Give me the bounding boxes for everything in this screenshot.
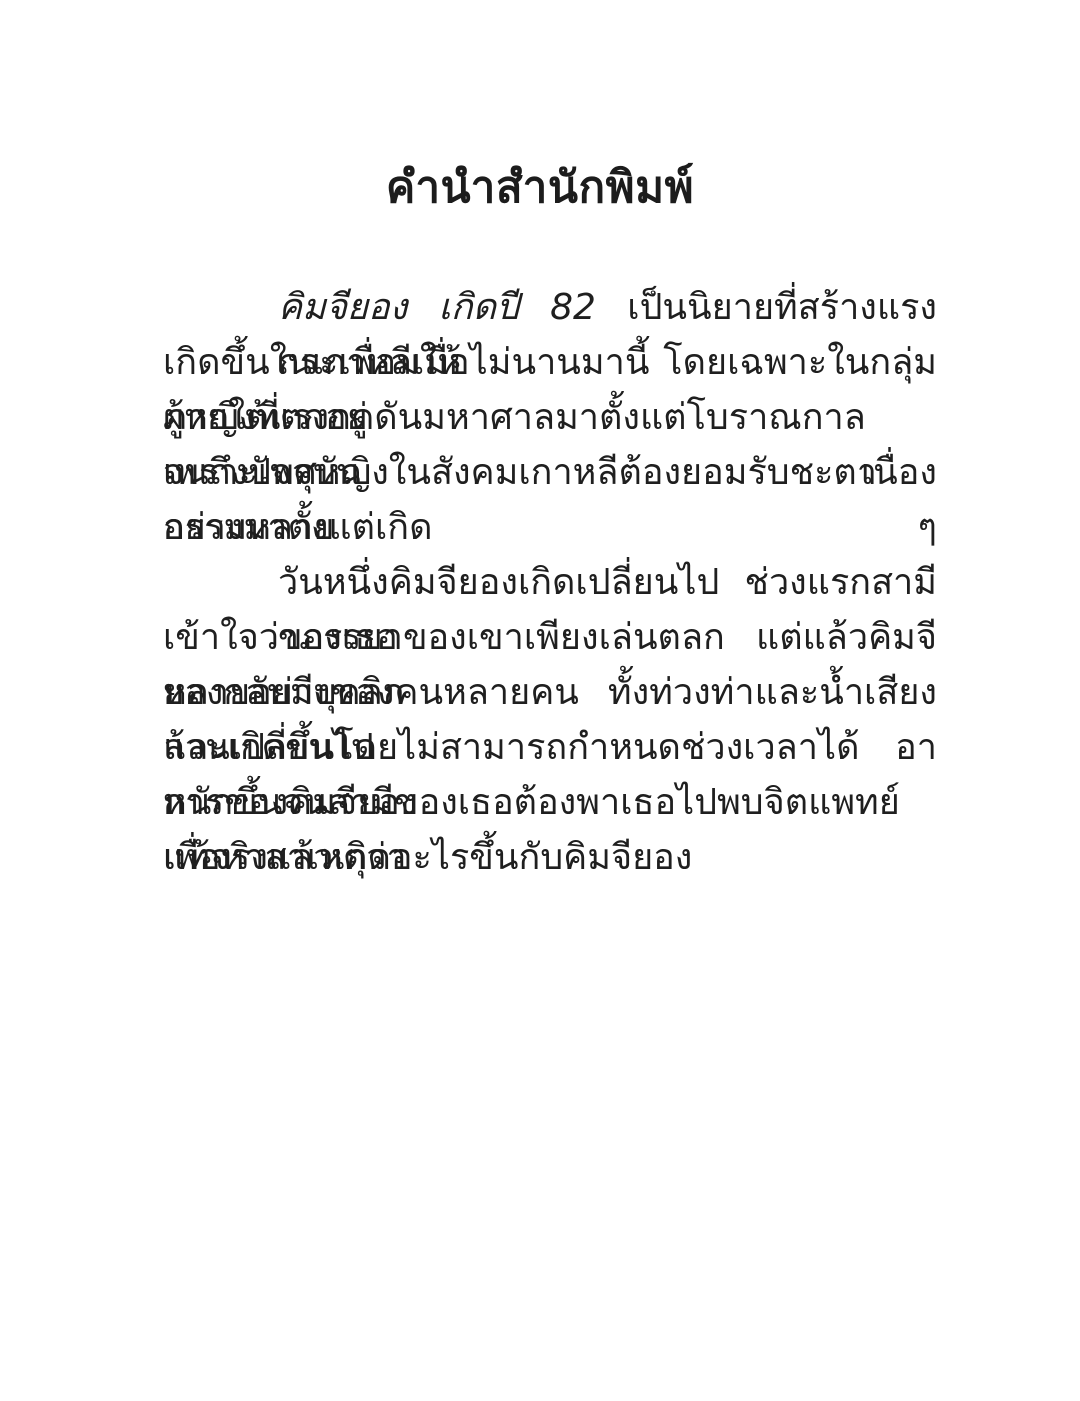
text-line-2: เกิดขึ้นในเกาหลีเมื่อไม่นานมานี้ โดยเฉพา… <box>163 335 937 390</box>
text-line-1: คิมจียอง เกิดปี 82 เป็นนิยายที่สร้างแรงก… <box>163 280 937 335</box>
text-line-3: ภายใต้แรงกดดันมหาศาลมาตั้งแต่โบราณกาลจนถ… <box>163 390 937 445</box>
text-line-7: เข้าใจว่าภรรยาของเขาเพียงเล่นตลก แต่แล้ว… <box>163 610 937 665</box>
novel-title-italic: คิมจียอง เกิดปี 82 <box>278 287 596 328</box>
text-line-4: เพราะเพศหญิงในสังคมเกาหลีต้องยอมรับชะตาก… <box>163 445 937 500</box>
preface-body: คิมจียอง เกิดปี 82 เป็นนิยายที่สร้างแรงก… <box>163 280 937 885</box>
text-line-6: วันหนึ่งคิมจียองเกิดเปลี่ยนไป ช่วงแรกสาม… <box>163 555 937 610</box>
text-line-9: และเกิดขึ้นโดยไม่สามารถกำหนดช่วงเวลาได้ … <box>163 720 937 775</box>
text-line-11: แท้จริงแล้วเกิดอะไรขึ้นกับคิมจียอง <box>163 830 937 885</box>
page-title: คำนำสำนักพิมพ์ <box>0 152 1080 222</box>
book-page: คำนำสำนักพิมพ์ คิมจียอง เกิดปี 82 เป็นนิ… <box>0 0 1080 1401</box>
text-line-10: หนักขึ้นจนสามีของเธอต้องพาเธอไปพบจิตแพทย… <box>163 775 937 830</box>
text-line-8: หลายอย่างของคนหลายคน ทั้งท่วงท่าและน้ำเส… <box>163 665 937 720</box>
